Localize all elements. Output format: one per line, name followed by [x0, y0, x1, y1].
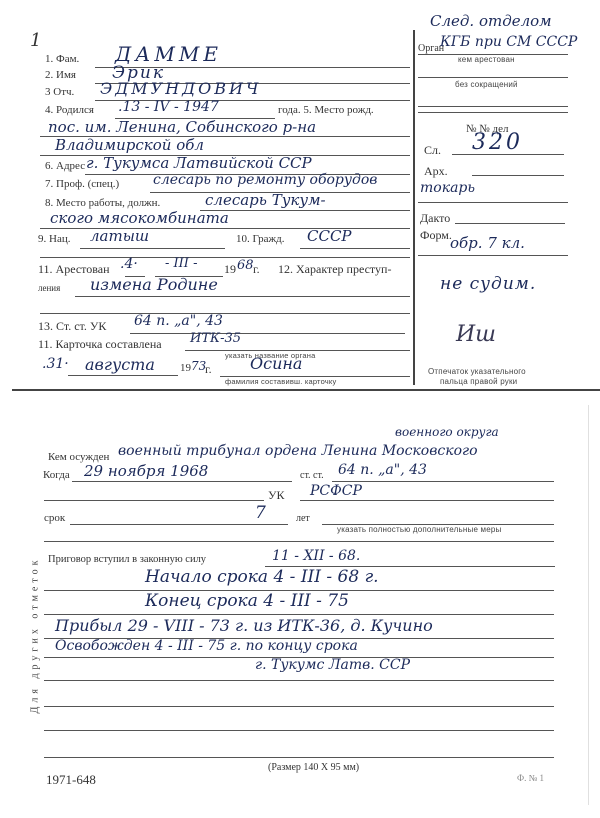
verdict-effective-value: 11 - XII - 68. — [272, 548, 360, 564]
crime-type-label: 12. Характер преступ- — [278, 262, 391, 277]
articles-value: 64 п. „а", 43 — [134, 313, 223, 329]
note-term-end: Конец срока 4 - III - 75 — [145, 591, 349, 611]
arrested-year-prefix: 19 — [224, 262, 236, 277]
form-label: Форм. — [420, 228, 452, 243]
code-underline — [300, 500, 554, 501]
note-arrived: Прибыл 29 - VIII - 73 г. из ИТК-36, д. К… — [55, 616, 433, 635]
when-label: Когда — [43, 469, 70, 481]
convicted-by-overline: военного округа — [395, 425, 499, 439]
right-edge-mark — [588, 405, 589, 805]
birthplace-line1: пос. им. Ленина, Собинского р-на — [48, 118, 316, 136]
arrested-year: 68 — [237, 258, 254, 273]
profession-overflow: токарь — [420, 180, 475, 196]
note-term-start: Начало срока 4 - III - 68 г. — [145, 567, 379, 587]
date-made-day: .31· — [42, 356, 69, 372]
sl-label: Сл. — [424, 143, 441, 158]
convicted-by-value: военный трибунал ордена Ленина Московско… — [118, 443, 478, 459]
born-suffix: года. 5. Место рожд. — [278, 104, 374, 116]
profession-value: слесарь по ремонту оборудов — [153, 172, 377, 188]
dakto-label: Дакто — [420, 211, 450, 226]
workplace-label: 8. Место работы, должн. — [45, 197, 160, 209]
citizenship-value: СССР — [307, 227, 352, 245]
note-line-8 — [44, 757, 554, 758]
address-label: 6. Адрес — [45, 160, 85, 172]
note-line-5 — [44, 680, 554, 681]
profession-label: 7. Проф. (спец.) — [45, 178, 119, 190]
term-underline — [70, 524, 288, 525]
uk-left-underline — [44, 500, 264, 501]
code-value: РСФСР — [310, 483, 362, 499]
note-line-7 — [44, 730, 554, 731]
when-value: 29 ноября 1968 — [84, 462, 208, 480]
author-hint: фамилия составивш. карточку — [225, 377, 336, 386]
arrested-month: - III - — [165, 256, 197, 271]
crime-underline — [75, 296, 410, 297]
fingerprint-caption-1: Отпечаток указательного — [428, 367, 526, 376]
articles-value-bottom: 64 п. „а", 43 — [338, 462, 427, 478]
address-value: г. Тукумса Латвийской ССР — [86, 154, 312, 172]
no-abbrev-hint: без сокращений — [455, 80, 518, 89]
corner-mark: 1 — [30, 30, 41, 51]
note-line-2 — [44, 614, 554, 615]
profession-overflow-underline — [418, 202, 568, 203]
birthplace-line2: Владимирской обл — [55, 136, 204, 154]
articles-underline-bottom — [332, 481, 554, 482]
form-underline — [418, 255, 568, 256]
workplace-value-line2: ского мясокомбината — [50, 209, 229, 227]
crime-underline-2 — [40, 313, 410, 314]
articles-label-bottom: ст. ст. — [300, 470, 324, 481]
patronymic-value: ЭДМУНДОВИЧ — [100, 79, 261, 98]
citizenship-label: 10. Гражд. — [236, 233, 285, 245]
signature: Иш — [456, 322, 496, 347]
articles-underline — [130, 333, 405, 334]
crime-value: измена Родине — [90, 275, 218, 294]
workplace-value: слесарь Тукум- — [205, 191, 326, 209]
term-separator — [44, 541, 554, 542]
note-destination: г. Тукумс Латв. ССР — [255, 657, 410, 673]
form-value: обр. 7 кл. — [450, 234, 525, 252]
articles-label: 13. Ст. ст. УК — [38, 319, 106, 334]
side-label-text: Для других отметок — [30, 557, 41, 714]
nationality-label: 9. Нац. — [38, 233, 70, 245]
separator-1 — [40, 257, 410, 258]
sl-value: 320 — [472, 130, 523, 155]
surname-label: 1. Фам. — [45, 53, 79, 65]
note-released: Освобожден 4 - III - 75 г. по концу срок… — [55, 638, 358, 654]
when-underline — [72, 481, 292, 482]
note-line-6 — [44, 706, 554, 707]
term-unit: лет — [296, 513, 310, 524]
arrested-day: .4· — [120, 256, 138, 272]
registration-card-back: военного округа Кем осужден военный триб… — [0, 395, 600, 818]
born-value: .13 - IV - 1947 — [118, 99, 219, 115]
term-value: 7 — [255, 503, 266, 523]
date-made-year-prefix: 19 — [180, 362, 191, 374]
right-panel-divider — [413, 30, 415, 385]
criminal-record-note: не судим. — [440, 274, 536, 294]
dakto-underline — [455, 223, 565, 224]
form-code: Ф. № 1 — [517, 773, 544, 783]
born-label: 4. Родился — [45, 104, 94, 116]
card-made-value: ИТК-35 — [190, 331, 241, 346]
fingerprint-caption-2: пальца правой руки — [440, 377, 517, 386]
patronymic-label: 3 Отч. — [45, 86, 74, 98]
date-made-month-underline — [68, 375, 178, 376]
organ-underline-4 — [418, 112, 568, 113]
date-made-month: августа — [85, 355, 155, 374]
date-made-year-suffix: г. — [205, 362, 212, 377]
arch-underline — [472, 175, 564, 176]
term-hint: указать полностью дополнительные меры — [337, 525, 502, 534]
arch-label: Арх. — [424, 164, 448, 179]
citizenship-underline — [300, 248, 410, 249]
size-note: (Размер 140 X 95 мм) — [268, 762, 359, 773]
crime-label: ления — [38, 283, 60, 293]
nationality-value: латыш — [90, 227, 149, 245]
organ-hint: кем арестован — [458, 55, 515, 64]
author-value: Осина — [250, 354, 302, 373]
verdict-effective-label: Приговор вступил в законную силу — [48, 554, 206, 565]
workplace-underline-1 — [200, 210, 410, 211]
date-made-year: 73 — [191, 359, 206, 373]
organ-value-line2: КГБ при СМ СССР — [440, 34, 577, 50]
print-code: 1971-648 — [46, 772, 96, 788]
nationality-underline — [80, 248, 225, 249]
organ-underline-3 — [418, 106, 568, 107]
card-front-bottom-border — [12, 389, 600, 391]
arrested-year-suffix: г. — [253, 262, 260, 277]
sl-underline — [452, 154, 564, 155]
other-marks-side-label: Для других отметок — [22, 520, 48, 750]
first-name-label: 2. Имя — [45, 69, 76, 81]
code-label: УК — [268, 488, 285, 503]
registration-card-front: 1 1. Фам. ДАММЕ 2. Имя Эрик 3 Отч. ЭДМУН… — [0, 0, 600, 395]
organ-value-line1: След. отделом — [430, 12, 552, 30]
card-made-label: 11. Карточка составлена — [38, 337, 162, 352]
organ-underline-2 — [418, 77, 568, 78]
